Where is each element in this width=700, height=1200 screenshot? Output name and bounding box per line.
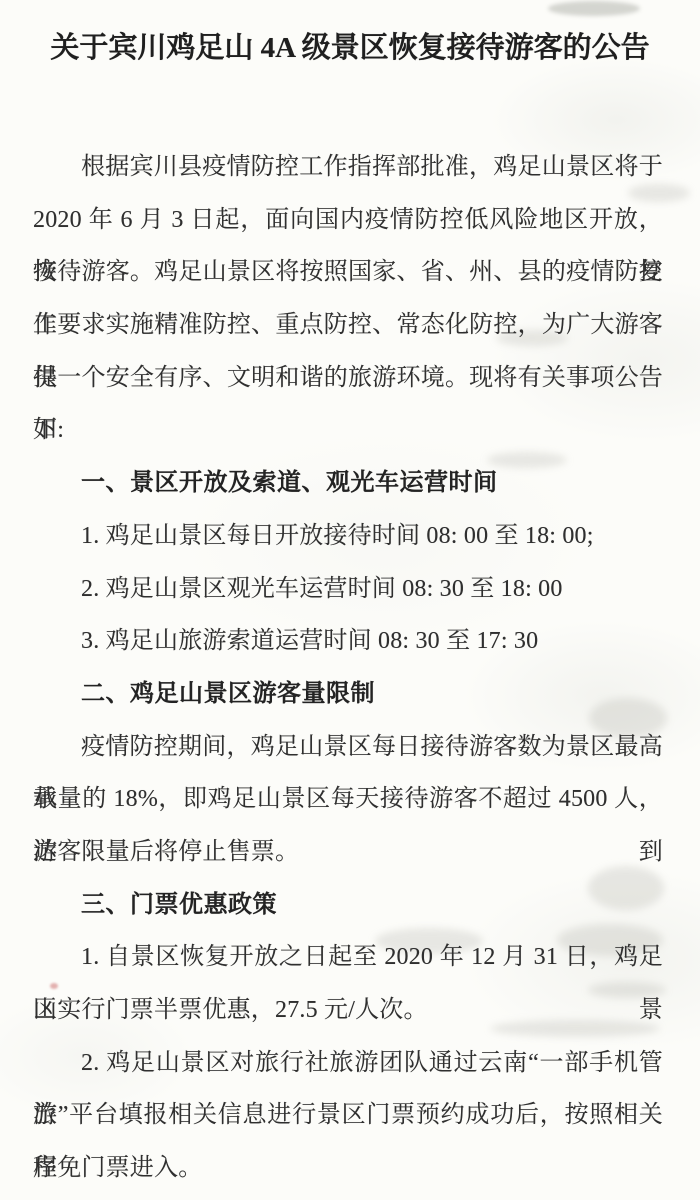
list-item: 3. 鸡足山旅游索道运营时间 08: 30 至 17: 30: [33, 615, 663, 668]
paragraph-line: 2020 年 6 月 3 日起，面向国内疫情防控低风险地区开放，恢复: [33, 194, 663, 247]
paragraph-line: 序免门票进入。: [33, 1142, 663, 1195]
list-item: 1. 自景区恢复开放之日起至 2020 年 12 月 31 日，鸡足山景: [33, 931, 663, 984]
list-item: 2. 鸡足山景区对旅行社旅游团队通过云南“一部手机管旅: [33, 1037, 663, 1090]
paragraph-line: 游”平台填报相关信息进行景区门票预约成功后，按照相关程: [33, 1089, 663, 1142]
paragraph-line: 下:: [33, 404, 663, 457]
paragraph-line: 供一个安全有序、文明和谐的旅游环境。现将有关事项公告如: [33, 352, 663, 405]
section-heading: 三、门票优惠政策: [33, 879, 663, 932]
paragraph-line: 接待游客。鸡足山景区将按照国家、省、州、县的疫情防控工: [33, 246, 663, 299]
paragraph-line: 作要求实施精准防控、重点防控、常态化防控，为广大游客提: [33, 299, 663, 352]
list-item: 1. 鸡足山景区每日开放接待时间 08: 00 至 18: 00;: [33, 510, 663, 563]
list-item: 2. 鸡足山景区观光车运营时间 08: 30 至 18: 00: [33, 563, 663, 616]
document-body: 根据宾川县疫情防控工作指挥部批准，鸡足山景区将于 2020 年 6 月 3 日起…: [33, 141, 663, 1195]
paragraph-line: 疫情防控期间，鸡足山景区每日接待游客数为景区最高承: [33, 721, 663, 774]
paragraph-line: 根据宾川县疫情防控工作指挥部批准，鸡足山景区将于: [33, 141, 663, 194]
scan-artifact: [548, 1, 640, 16]
document-title: 关于宾川鸡足山 4A 级景区恢复接待游客的公告: [0, 31, 700, 65]
section-heading: 一、景区开放及索道、观光车运营时间: [33, 457, 663, 510]
section-heading: 二、鸡足山景区游客量限制: [33, 668, 663, 721]
paragraph-line: 载量的 18%，即鸡足山景区每天接待游客不超过 4500 人，达到: [33, 773, 663, 826]
